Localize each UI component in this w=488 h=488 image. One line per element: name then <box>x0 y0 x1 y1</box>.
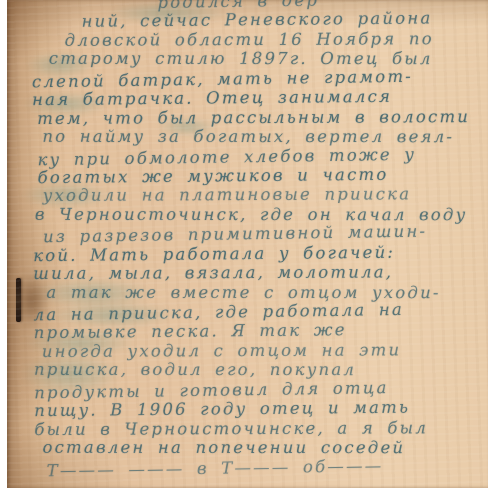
handwritten-line: иногда уходил с отцом на эти <box>42 340 486 361</box>
handwritten-line: шила, мыла, вязала, молотила, <box>33 262 485 283</box>
handwritten-line: дловской области 16 Ноября по <box>65 29 484 50</box>
handwritten-line: уходили на платиновые прииска <box>43 184 485 205</box>
handwritten-line: ний, сейчас Реневского района <box>81 8 483 31</box>
handwritten-text-block: родился в дерний, сейчас Реневского райо… <box>31 0 486 479</box>
handwritten-line: пищу. В 1906 году отец и мать <box>34 397 486 421</box>
handwritten-line: были в Черноисточинске, а я был <box>34 418 486 439</box>
staple <box>16 278 21 322</box>
manuscript-paper: родился в дерний, сейчас Реневского райо… <box>7 0 488 488</box>
handwritten-line: ная батрачка. Отец занимался <box>32 86 484 110</box>
handwritten-line: Т——— ——— в Т——— об——— <box>47 454 487 480</box>
scanned-page: родился в дерний, сейчас Реневского райо… <box>0 0 488 488</box>
handwritten-line: тем, что был рассыльным в волости <box>37 107 484 128</box>
